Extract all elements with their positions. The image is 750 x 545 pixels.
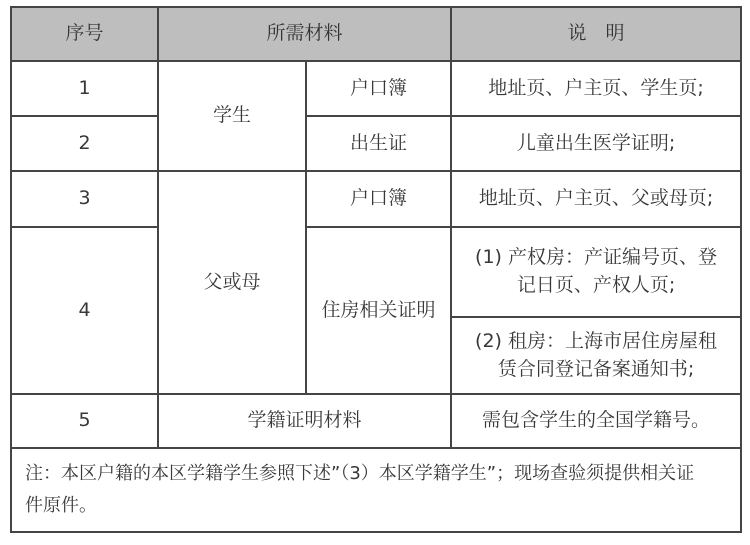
cell-desc-rented-housing: (2) 租房：上海市居住房屋租 赁合同登记备案通知书;	[451, 317, 741, 394]
cell-material-birth-cert: 出生证	[306, 116, 451, 171]
header-cell-description: 说 明	[451, 7, 741, 61]
cell-desc-birth-cert: 儿童出生医学证明;	[451, 116, 741, 171]
header-cell-materials: 所需材料	[158, 7, 451, 61]
required-materials-table: 序号 所需材料 说 明 1 学生 户口簿 地址页、户主页、学生页; 2 出生证 …	[10, 6, 742, 533]
table-row: 1 学生 户口簿 地址页、户主页、学生页;	[11, 61, 741, 116]
cell-material-hukou-student: 户口簿	[306, 61, 451, 116]
table-row: 2 出生证 儿童出生医学证明;	[11, 116, 741, 171]
cell-desc-student-status: 需包含学生的全国学籍号。	[451, 394, 741, 448]
cell-seq-2: 2	[11, 116, 158, 171]
cell-desc-hukou-student: 地址页、户主页、学生页;	[451, 61, 741, 116]
table-header-row: 序号 所需材料 说 明	[11, 7, 741, 61]
cell-seq-1: 1	[11, 61, 158, 116]
cell-material-hukou-parent: 户口簿	[306, 171, 451, 227]
cell-material-student-status: 学籍证明材料	[158, 394, 451, 448]
cell-desc-hukou-parent: 地址页、户主页、父或母页;	[451, 171, 741, 227]
cell-material-housing: 住房相关证明	[306, 227, 451, 394]
table-row: 3 父或母 户口簿 地址页、户主页、父或母页;	[11, 171, 741, 227]
header-cell-no: 序号	[11, 7, 158, 61]
note-cell: 注：本区户籍的本区学籍学生参照下述”（3）本区学籍学生”；现场查验须提供相关证 …	[11, 448, 741, 532]
document-page: 序号 所需材料 说 明 1 学生 户口簿 地址页、户主页、学生页; 2 出生证 …	[0, 0, 750, 545]
cell-seq-4: 4	[11, 227, 158, 394]
cell-person-parent: 父或母	[158, 171, 306, 394]
table-row: 4 住房相关证明 (1) 产权房：产证编号页、登 记日页、产权人页;	[11, 227, 741, 317]
cell-desc-owned-housing: (1) 产权房：产证编号页、登 记日页、产权人页;	[451, 227, 741, 317]
table-row: 5 学籍证明材料 需包含学生的全国学籍号。	[11, 394, 741, 448]
cell-seq-5: 5	[11, 394, 158, 448]
cell-seq-3: 3	[11, 171, 158, 227]
cell-person-student: 学生	[158, 61, 306, 171]
table-note-row: 注：本区户籍的本区学籍学生参照下述”（3）本区学籍学生”；现场查验须提供相关证 …	[11, 448, 741, 532]
